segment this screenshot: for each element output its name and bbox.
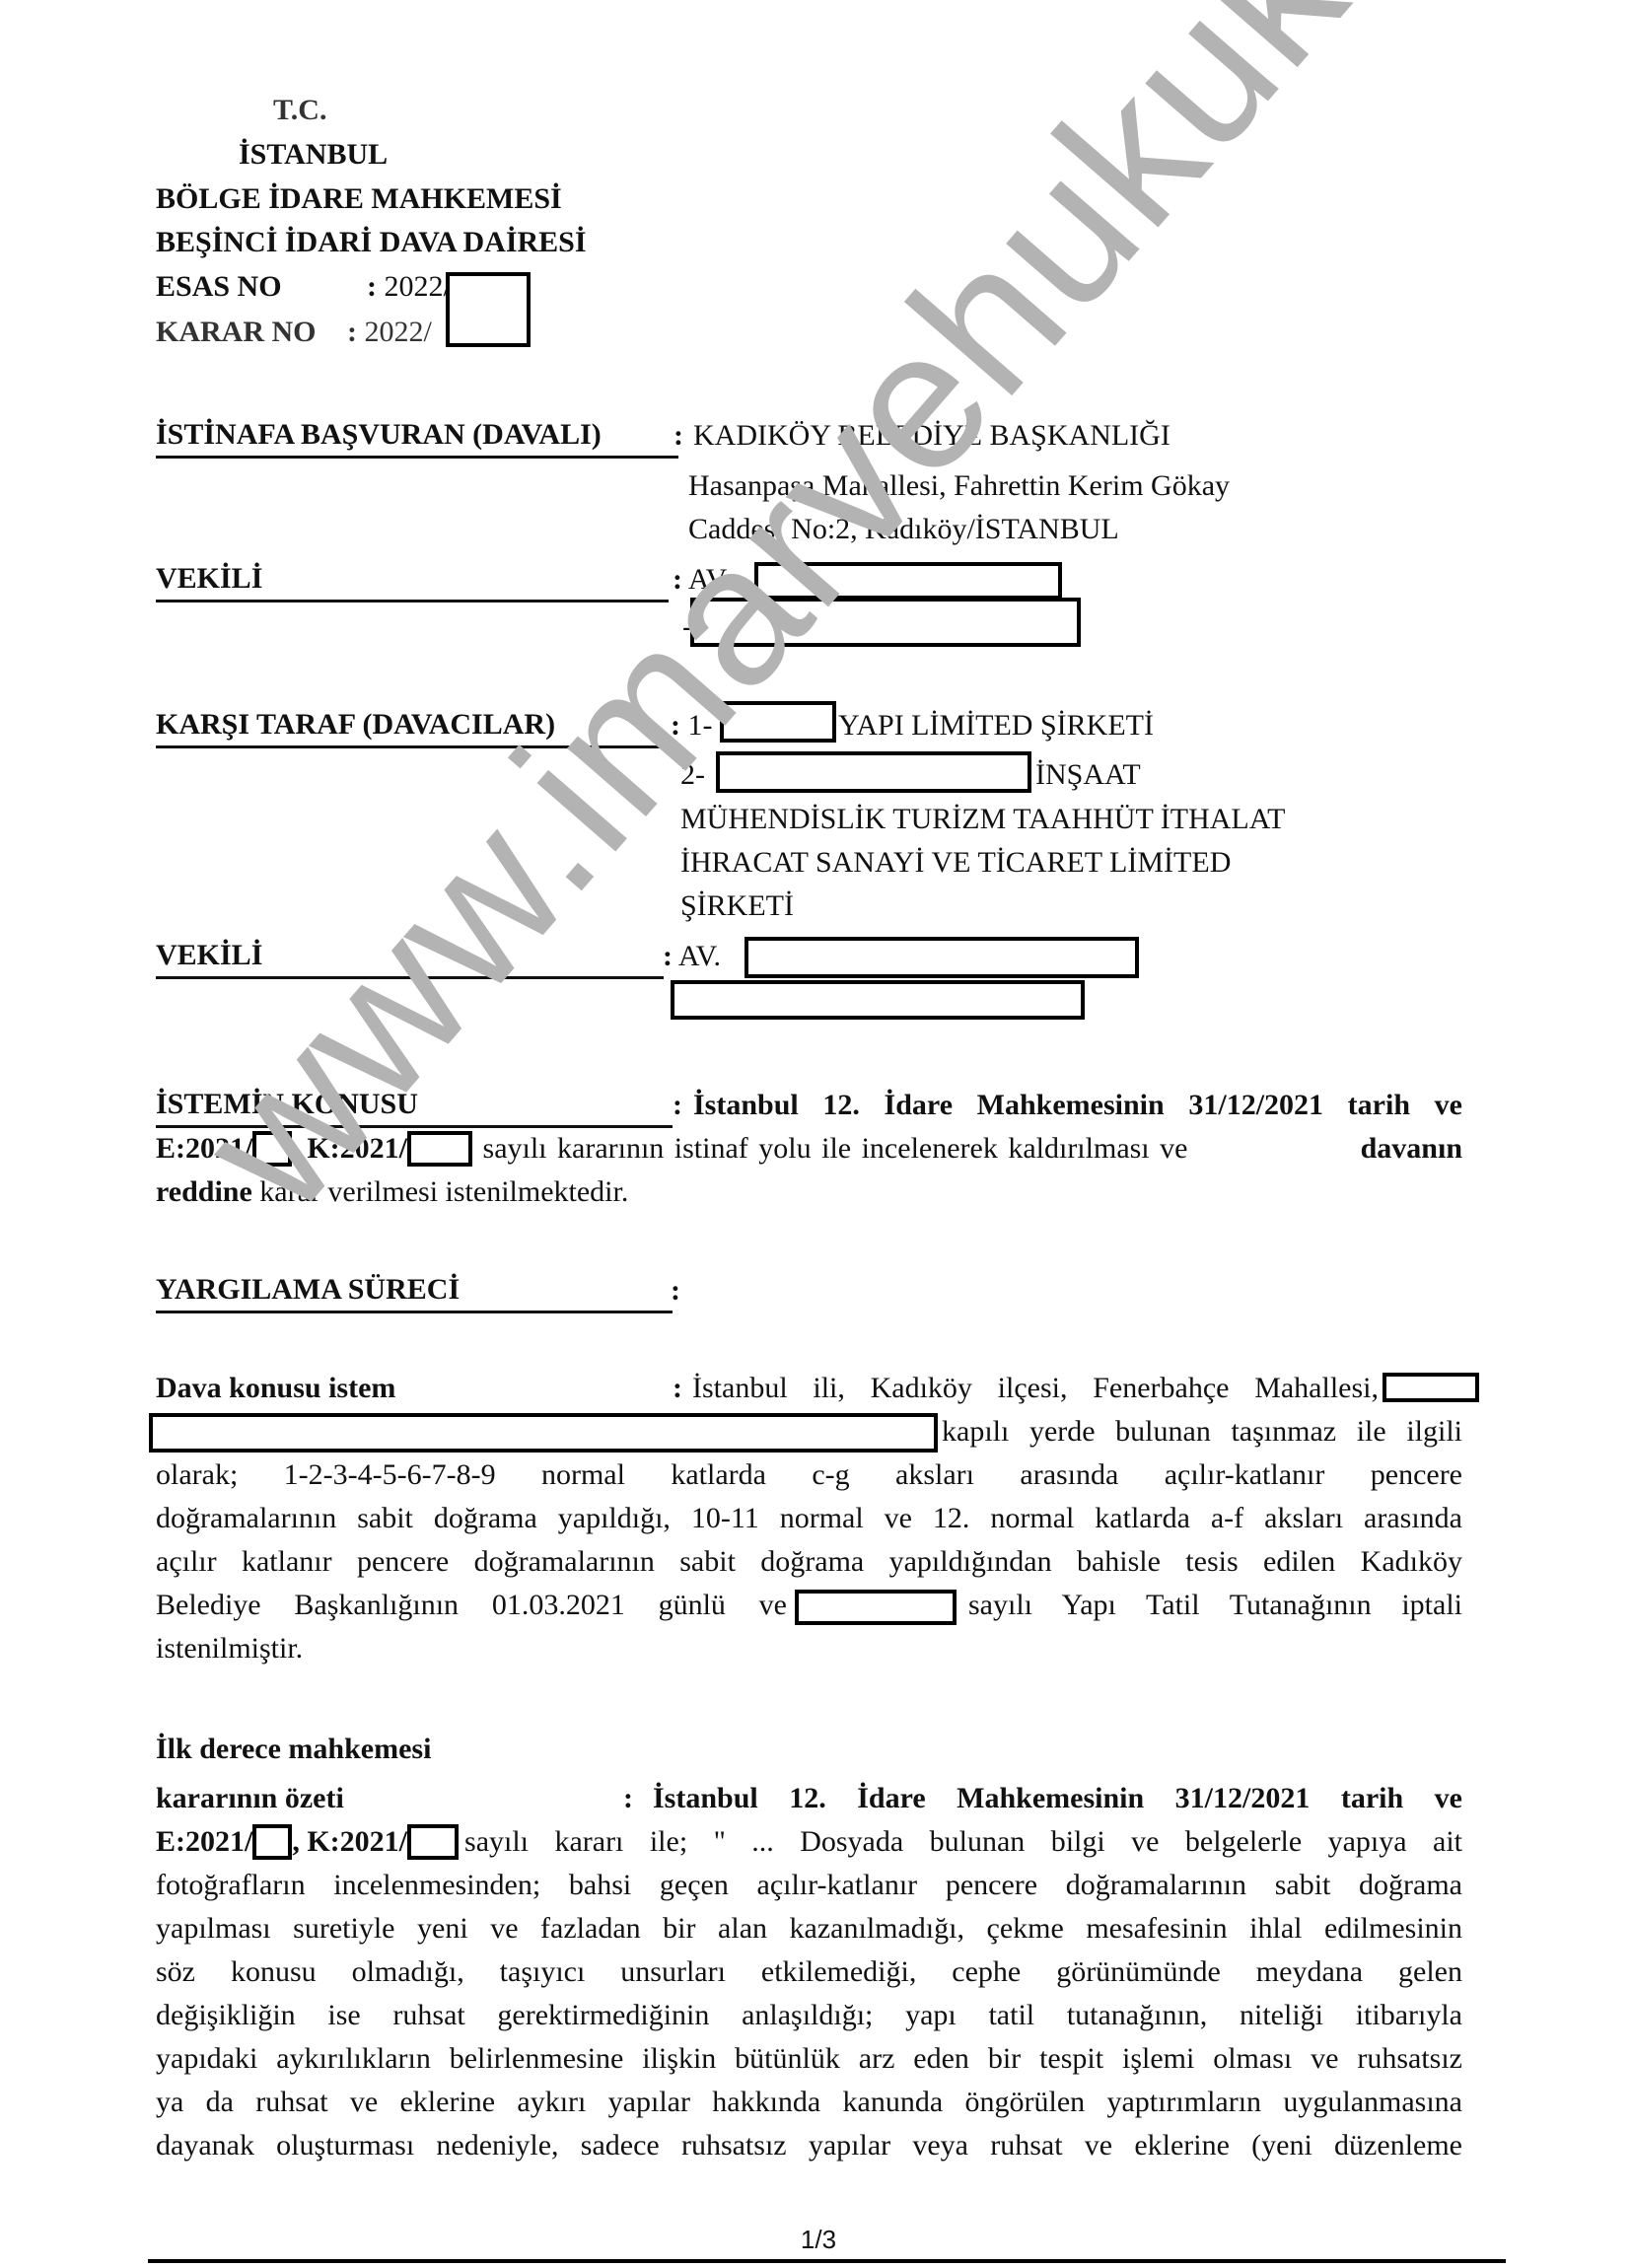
karar-label: KARAR NO (156, 311, 317, 354)
redaction-box-appellant-attorney (754, 562, 1062, 600)
claim-line-2: kapılı yerde bulunan taşınmaz ile ilgili (942, 1410, 1462, 1453)
request-line-3: reddine karar verilmesi istenilmektedir. (156, 1170, 628, 1214)
appellant-colon: : (674, 414, 683, 458)
header-country: T.C. (273, 89, 326, 132)
page-number: 1/3 (789, 2225, 848, 2254)
summary-line-2: E:2021/ , K:2021/ sayılı kararı ile; " .… (156, 1820, 1462, 1864)
appellant-name: KADIKÖY BELEDİYE BAŞKANLIĞI (693, 414, 1170, 458)
esas-colon: : (367, 270, 377, 303)
summary-k-number: , K:2021/ (292, 1820, 407, 1864)
respondent-2-line-4: ŞİRKETİ (680, 885, 794, 928)
summary-e-number: E:2021/ (156, 1820, 252, 1864)
redaction-box-respondent-1 (720, 701, 836, 743)
respondent-1-name: YAPI LİMİTED ŞİRKETİ (838, 704, 1154, 747)
request-line-1: İstanbul 12. İdare Mahkemesinin 31/12/20… (693, 1084, 1462, 1127)
summary-line-1: İstanbul 12. İdare Mahkemesinin 31/12/20… (653, 1777, 1462, 1820)
redaction-box-respondent-attorney (745, 937, 1139, 978)
redaction-box-request-e (252, 1131, 292, 1167)
esas-label: ESAS NO (156, 265, 282, 309)
process-label: YARGILAMA SÜRECİ (156, 1269, 673, 1313)
respondent-1-prefix: : 1- (671, 704, 713, 747)
karar-value: : 2022/ (347, 311, 432, 354)
redaction-box-summary-k (407, 1824, 459, 1860)
summary-line-7: yapıdaki aykırılıkların belirlenmesine i… (156, 2037, 1462, 2081)
summary-line-2-text: sayılı kararı ile; " ... Dosyada bulunan… (464, 1820, 1462, 1864)
summary-colon: : (623, 1777, 633, 1820)
header-chamber: BEŞİNCİ İDARİ DAVA DAİRESİ (156, 221, 587, 264)
claim-line-6-end: sayılı Yapı Tatil Tutanağının iptali (968, 1584, 1462, 1627)
claim-line-4: doğramalarının sabit doğrama yapıldığı, … (156, 1497, 1462, 1540)
request-label: İSTEMİN KONUSU (156, 1084, 673, 1128)
karar-colon: : (347, 316, 357, 348)
redaction-box-summary-e (252, 1824, 292, 1860)
summary-label-2: kararının özeti (156, 1777, 344, 1820)
respondent-2-line-3: İHRACAT SANAYİ VE TİCARET LİMİTED (680, 841, 1231, 885)
process-colon: : (671, 1269, 680, 1312)
redaction-box-appellant-attorney-address (690, 598, 1081, 647)
redaction-box-request-k (407, 1131, 472, 1167)
esas-value: : 2022/ (367, 265, 452, 309)
esas-number: 2022/ (377, 270, 452, 303)
request-line-2-bold: davanın (1361, 1127, 1462, 1170)
summary-line-5: söz konusu olmadığı, taşıyıcı unsurları … (156, 1950, 1462, 1994)
appellant-attorney-label: VEKİLİ (156, 558, 669, 602)
footer-divider (148, 2259, 1506, 2263)
redaction-box-case-numbers (446, 272, 531, 347)
appellant-address-line-2: Caddesi No:2, Kadıköy/İSTANBUL (688, 508, 1119, 551)
redaction-box-claim-street (1383, 1373, 1479, 1402)
request-line-3-bold: reddine (156, 1175, 252, 1208)
redaction-box-claim-report-number (795, 1590, 957, 1625)
request-line-2: E:2021/ , K:2021/ sayılı kararının istin… (156, 1127, 1462, 1170)
respondent-2-prefix: 2- (680, 753, 705, 797)
request-e-number: E:2021/ (156, 1127, 252, 1170)
respondent-attorney-label: VEKİLİ (156, 935, 664, 979)
redaction-box-respondent-2 (716, 751, 1031, 793)
header-court: BÖLGE İDARE MAHKEMESİ (156, 177, 562, 221)
karar-number: 2022/ (357, 316, 432, 348)
document-page: T.C. İSTANBUL BÖLGE İDARE MAHKEMESİ BEŞİ… (0, 0, 1631, 2268)
claim-line-7: istenilmiştir. (156, 1627, 303, 1670)
respondent-2-line-2: MÜHENDİSLİK TURİZM TAAHHÜT İTHALAT (680, 798, 1285, 841)
header-city: İSTANBUL (239, 133, 388, 177)
claim-colon: : (673, 1367, 682, 1410)
respondent-2-name-start: İNŞAAT (1035, 753, 1141, 797)
request-colon: : (673, 1084, 682, 1127)
summary-label-1: İlk derece mahkemesi (156, 1728, 431, 1771)
claim-line-1: İstanbul ili, Kadıköy ilçesi, Fenerbahçe… (692, 1367, 1379, 1410)
respondent-label: KARŞI TARAF (DAVACILAR) (156, 704, 669, 748)
summary-line-9: dayanak oluşturması nedeniyle, sadece ru… (156, 2124, 1462, 2167)
summary-line-3: fotoğrafların incelenmesinden; bahsi geç… (156, 1864, 1462, 1907)
respondent-attorney-prefix: : AV. (663, 935, 721, 978)
request-line-3-text: karar verilmesi istenilmektedir. (252, 1175, 629, 1208)
appellant-label: İSTİNAFA BAŞVURAN (DAVALI) (156, 414, 678, 459)
redaction-box-claim-address (149, 1413, 938, 1453)
claim-line-6-start: Belediye Başkanlığının 01.03.2021 günlü … (156, 1584, 787, 1627)
appellant-attorney-prefix: : AV. (673, 558, 731, 602)
redaction-box-respondent-attorney-address (671, 980, 1085, 1020)
claim-line-3: olarak; 1-2-3-4-5-6-7-8-9 normal katlard… (156, 1453, 1462, 1497)
claim-label: Dava konusu istem (156, 1367, 395, 1410)
summary-line-8: ya da ruhsat ve eklerine aykırı yapılar … (156, 2081, 1462, 2124)
summary-line-6: değişikliğin ise ruhsat gerektirmediğini… (156, 1994, 1462, 2037)
summary-line-4: yapılması suretiyle yeni ve fazladan bir… (156, 1907, 1462, 1950)
claim-line-5: açılır katlanır pencere doğramalarının s… (156, 1540, 1462, 1584)
appellant-address-line-1: Hasanpaşa Mahallesi, Fahrettin Kerim Gök… (688, 464, 1230, 508)
request-k-number: , K:2021/ (292, 1127, 407, 1170)
request-line-2-text: sayılı kararının istinaf yolu ile incele… (472, 1127, 1361, 1170)
